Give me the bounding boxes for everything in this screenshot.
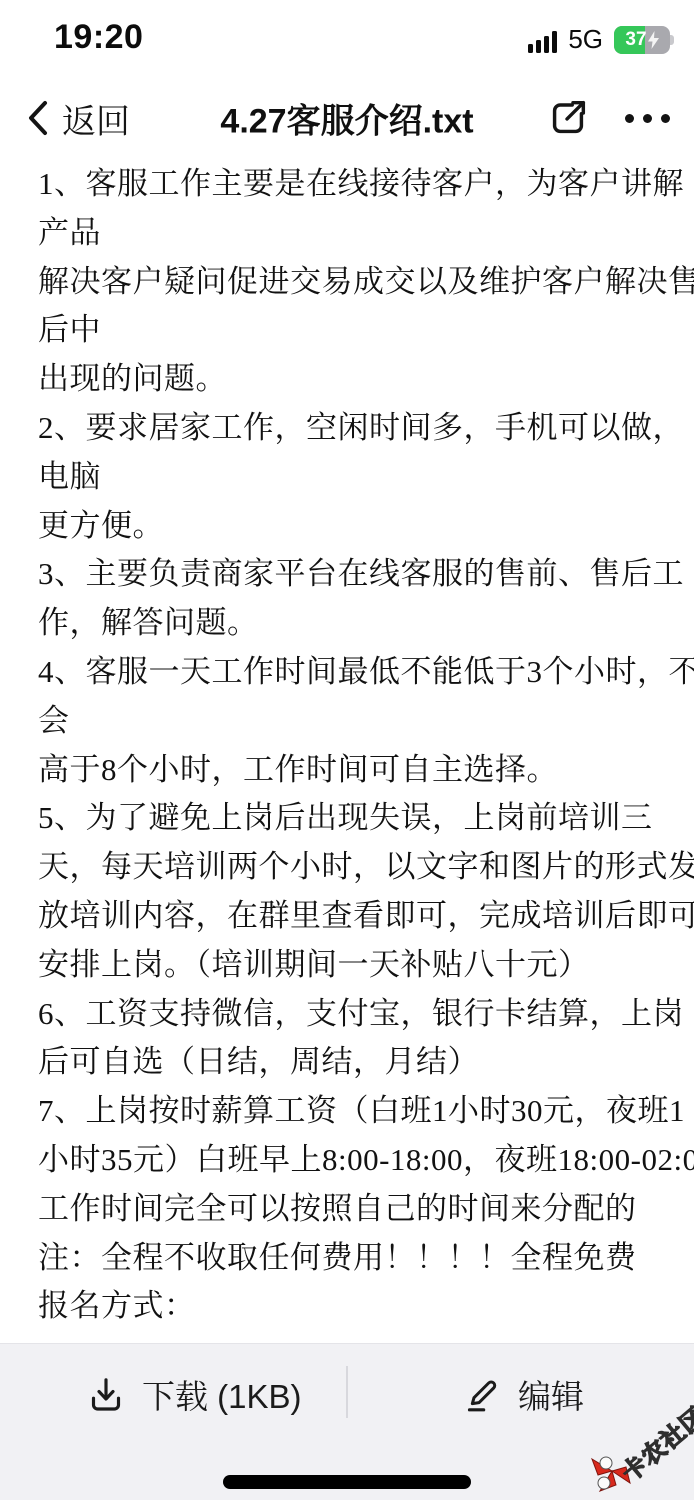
text-line: 报名方式： [38,1282,694,1331]
share-icon [545,95,591,141]
nav-bar: 返回 4.27客服介绍.txt [0,76,694,160]
share-button[interactable] [545,95,591,141]
text-line: 4、客服一天工作时间最低不能低于3个小时，不 [38,648,694,697]
toolbar-divider [346,1366,348,1418]
edit-pencil-icon [462,1374,502,1414]
text-line: 出现的问题。 [38,355,694,404]
text-line: 产品 [38,209,694,258]
clock: 19:20 [54,18,143,57]
text-line: 2、要求居家工作，空闲时间多，手机可以做， [38,404,694,453]
battery-cap [670,35,674,45]
back-label: 返回 [62,94,130,143]
download-label: 下载 (1KB) [142,1371,302,1418]
text-line: 5、为了避免上岗后出现失误，上岗前培训三 [38,794,694,843]
text-line: 3、主要负责商家平台在线客服的售前、售后工 [38,550,694,599]
text-line: 解决客户疑问促进交易成交以及维护客户解决售 [38,258,694,307]
text-line: 注：全程不收取任何费用！！！！全程免费 [38,1234,694,1283]
text-line: 1、客服工作主要是在线接待客户，为客户讲解 [38,160,694,209]
nav-actions [545,76,670,160]
text-line: 高于8个小时，工作时间可自主选择。 [38,746,694,795]
text-line: 6、工资支持微信，支付宝，银行卡结算，上岗 [38,990,694,1039]
ellipsis-icon [625,114,670,123]
text-line: 天，每天培训两个小时，以文字和图片的形式发 [38,843,694,892]
text-line: 作，解答问题。 [38,599,694,648]
text-line: 后可自选（日结，周结，月结） [38,1038,694,1087]
charging-bolt-icon [648,31,659,49]
cellular-signal-icon [528,27,557,53]
chevron-left-icon [26,99,50,137]
page-title: 4.27客服介绍.txt [220,94,473,143]
download-icon [86,1374,126,1414]
status-bar: 19:20 5G 37 [0,0,694,70]
phone-screen: 19:20 5G 37 返回 [0,0,694,1500]
watermark-text: 卡农社区 [613,1397,694,1488]
text-line: 工作时间完全可以按照自己的时间来分配的 [38,1185,694,1234]
text-line: 安排上岗。（培训期间一天补贴八十元） [38,941,694,990]
text-line: 后中 [38,306,694,355]
edit-label: 编辑 [518,1371,584,1418]
download-button[interactable]: 下载 (1KB) [86,1368,302,1420]
home-indicator[interactable] [223,1475,471,1489]
watermark: 卡农社区 [582,1399,694,1499]
text-line: 更方便。 [38,502,694,551]
text-line: 会 [38,697,694,746]
document-text-area[interactable]: 1、客服工作主要是在线接待客户，为客户讲解产品解决客户疑问促进交易成交以及维护客… [0,160,694,1343]
edit-button[interactable]: 编辑 [462,1368,584,1420]
network-type-label: 5G [568,24,603,55]
text-line: 7、上岗按时薪算工资（白班1小时30元，夜班1 [38,1087,694,1136]
text-line: 小时35元）白班早上8:00-18:00，夜班18:00-02:00 [38,1136,694,1185]
status-indicators: 5G 37 [528,24,680,55]
battery-icon: 37 [614,26,674,54]
text-line: 放培训内容，在群里查看即可，完成培训后即可 [38,892,694,941]
text-line: 电脑 [38,453,694,502]
back-button[interactable]: 返回 [26,76,130,160]
battery-percent: 37 [625,29,646,51]
more-button[interactable] [625,114,670,123]
